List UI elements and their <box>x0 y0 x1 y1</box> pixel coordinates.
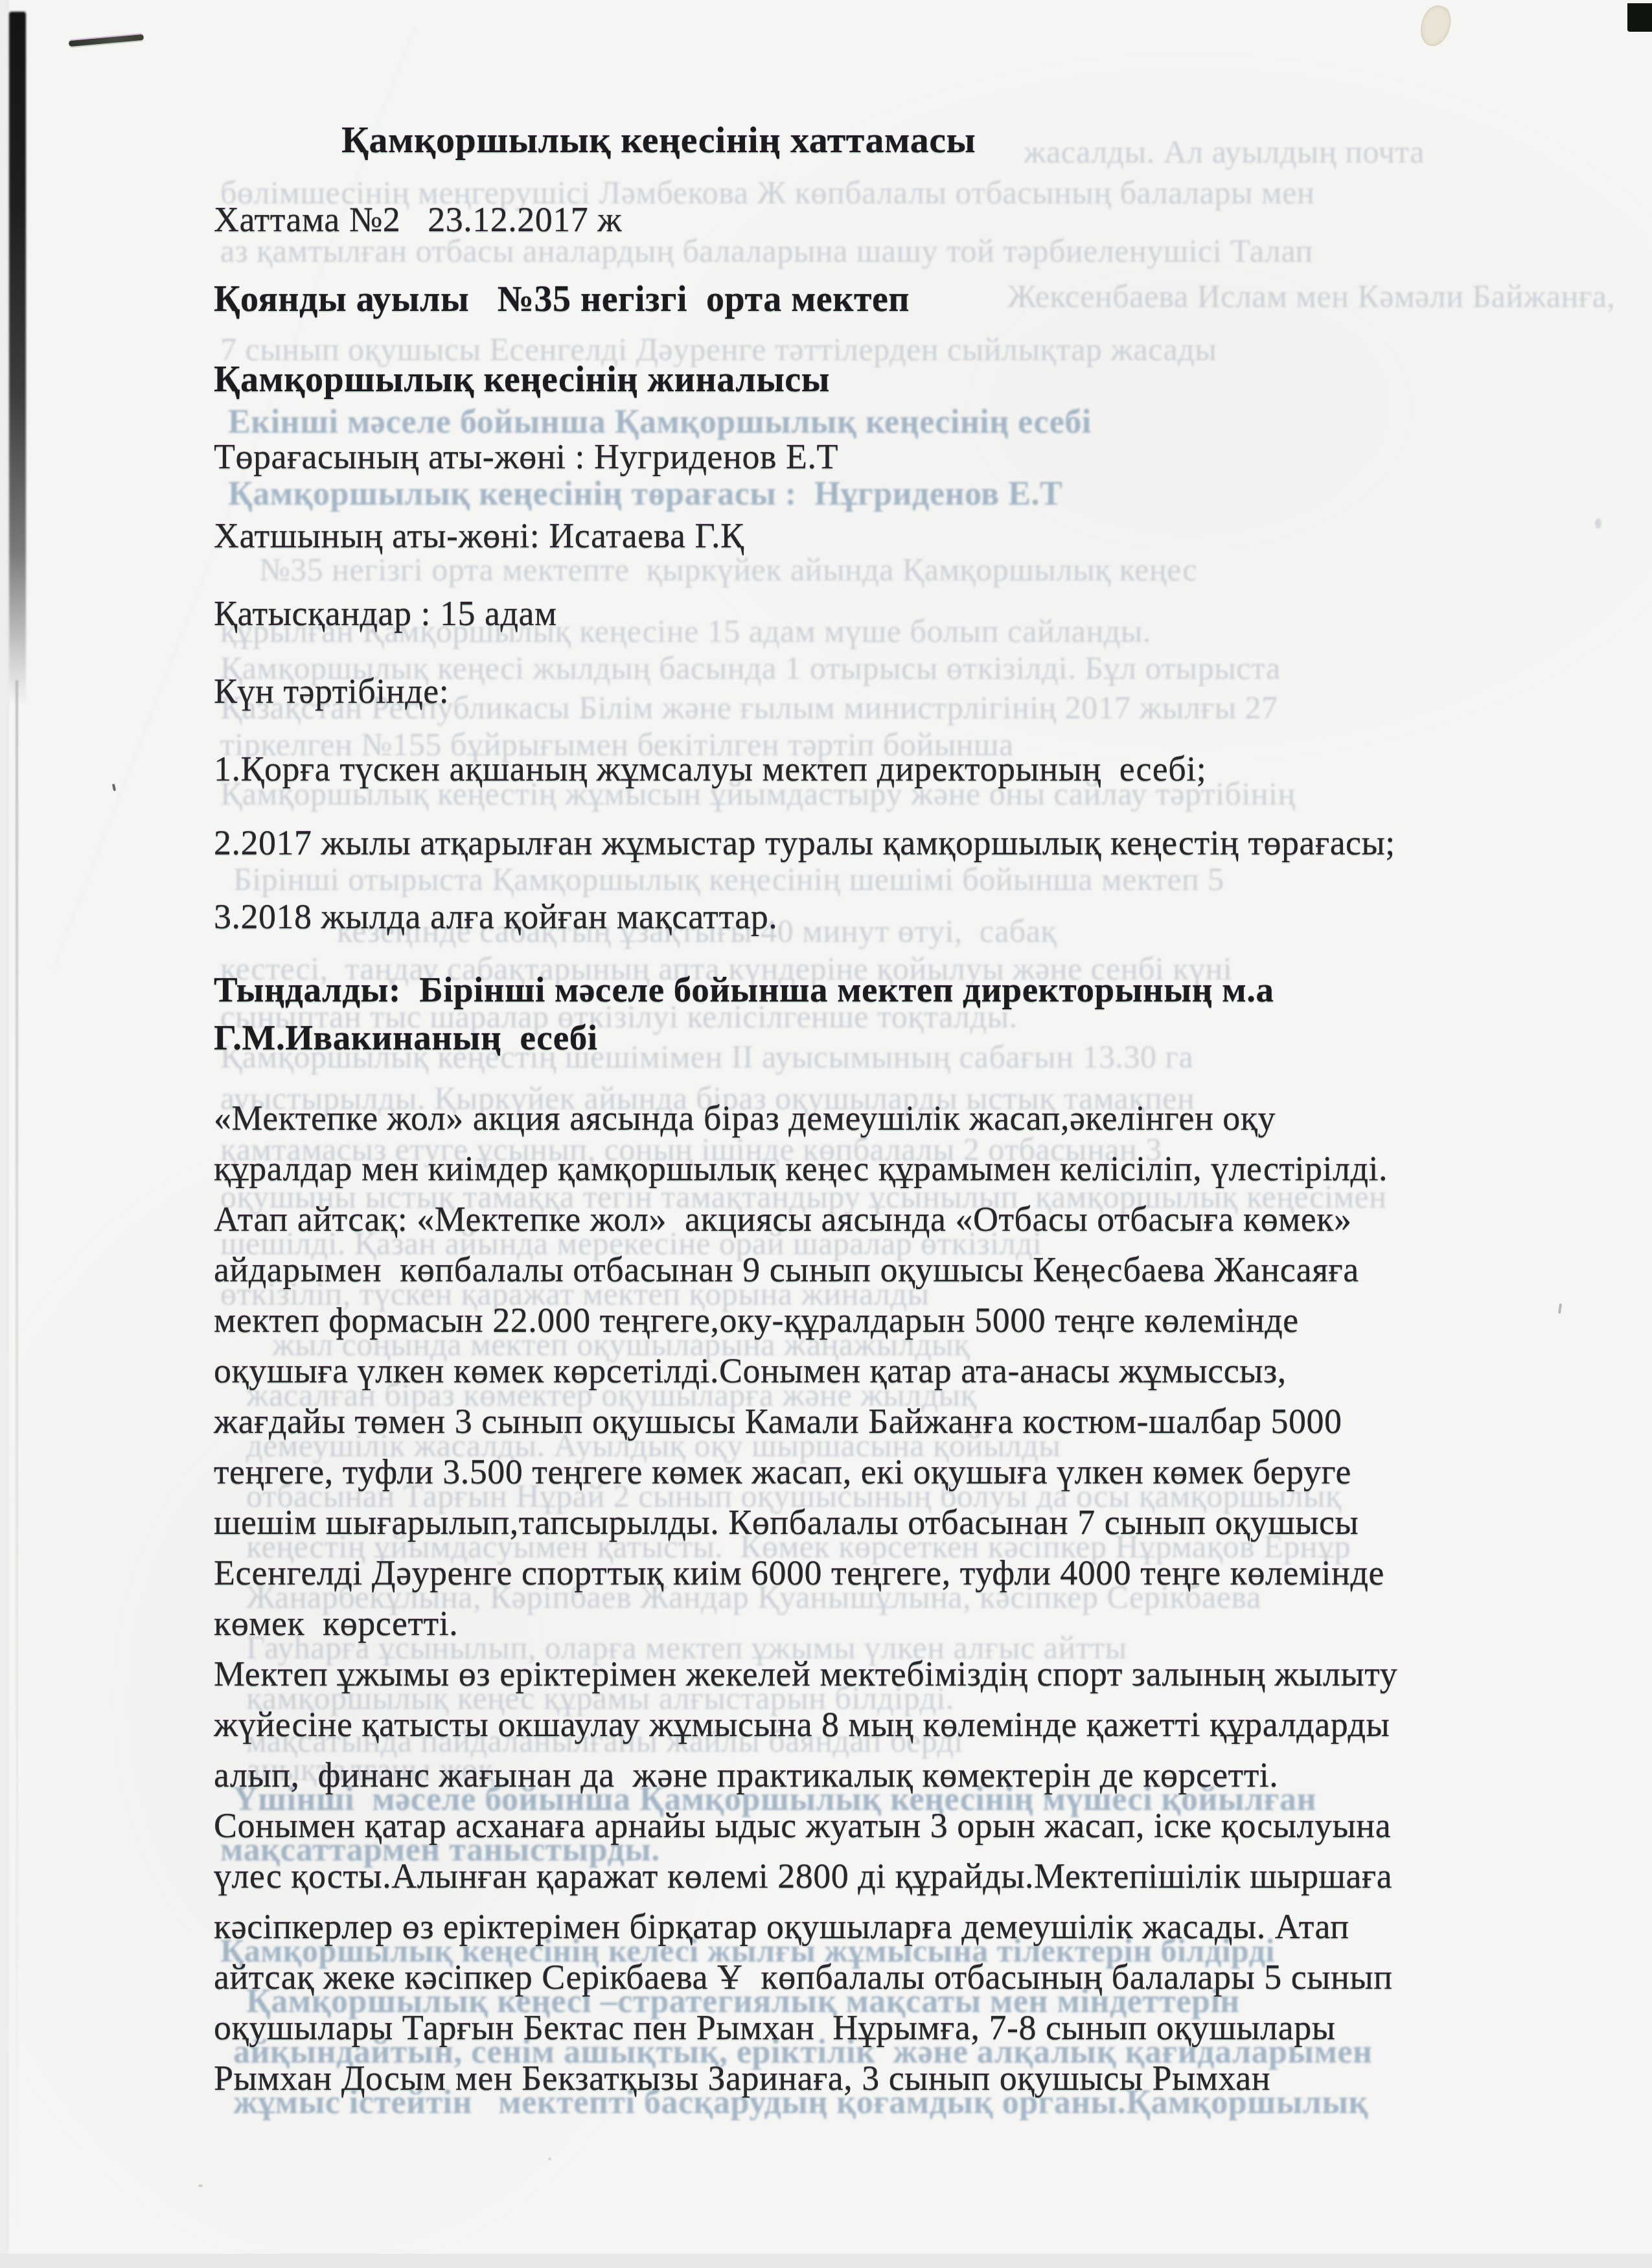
bleed-text-line: жасалды. Ал ауылдың почта <box>1024 133 1425 170</box>
scan-bottom-edge <box>0 2254 1652 2268</box>
text-line: Мектеп ұжымы өз еріктерімен жекелей мект… <box>214 1654 1397 1694</box>
text-line: Қамқоршылық кеңесінің жиналысы <box>214 359 830 400</box>
text-line: үлес қосты.Алынған қаражат көлемі 2800 д… <box>214 1856 1392 1896</box>
bleed-text-line: Бірінші отырыста Қамқоршылық кеңесінің ш… <box>233 860 1224 898</box>
dust-speck <box>548 2157 551 2160</box>
text-line: Төрағасының аты-жөні : Нугриденов Е.Т <box>214 437 838 477</box>
text-line: 2.2017 жылы атқарылған жұмыстар туралы қ… <box>214 823 1395 863</box>
text-line: мектеп формасын 22.000 теңгеге,оку-құрал… <box>214 1300 1299 1340</box>
paper-edge-line <box>16 680 18 2235</box>
correction-fluid-mark <box>1417 3 1454 50</box>
text-line: кәсіпкерлер өз еріктерімен бірқатар оқуш… <box>214 1907 1349 1947</box>
text-line: Хатшының аты-жөні: Исатаева Г.Қ <box>214 516 744 556</box>
text-line: оқушылары Тарғын Бектас пен Рымхан Нұрым… <box>214 2008 1336 2048</box>
bleed-text-line: №35 негізгі орта мектепте қыркүйек айынд… <box>259 551 1197 588</box>
text-line: жүйесіне қатысты окшаулау жұмысына 8 мың… <box>214 1704 1390 1745</box>
text-line: 1.Қорға түскен ақшаның жұмсалуы мектеп д… <box>214 749 1206 789</box>
text-line: оқушыға үлкен көмек көрсетілді.Сонымен қ… <box>214 1351 1287 1391</box>
paper-left-margin <box>0 0 9 2268</box>
bleed-text-line: Жексенбаева Ислам мен Кәмәли Байжанға, <box>1007 277 1615 315</box>
text-line: Рымхан Досым мен Бекзатқызы Заринаға, 3 … <box>214 2058 1270 2098</box>
bleed-text-line: Қамқоршылық кеңесінің төрағасы : Нұгриде… <box>228 475 1062 513</box>
text-line: шешім шығарылып,тапсырылды. Көпбалалы от… <box>214 1502 1359 1542</box>
text-line: Қатысқандар : 15 адам <box>214 593 557 634</box>
text-line: Есенгелді Дәуренге спорттық киім 6000 те… <box>214 1553 1384 1593</box>
text-line: Атап айтсақ: «Мектепке жол» акциясы аясы… <box>214 1199 1352 1239</box>
screenshot-root: { "colors":{ "paper":"#f5f5f3","ink":"#2… <box>0 0 1652 2268</box>
staple-mark <box>69 34 144 47</box>
text-line: алып, финанс жағынан да және практикалық… <box>214 1755 1278 1795</box>
ink-speck <box>1595 518 1601 529</box>
text-line: Хаттама №2 23.12.2017 ж <box>214 200 622 240</box>
text-line: теңгеге, туфли 3.500 теңгеге көмек жасап… <box>214 1452 1351 1492</box>
text-line: айдарымен көпбалалы отбасынан 9 сынып оқ… <box>214 1250 1359 1290</box>
text-line: «Мектепке жол» акция аясында біраз демеу… <box>214 1098 1276 1138</box>
document-title: Қамқоршылық кеңесінің хаттамасы <box>341 119 976 162</box>
bleed-text-line: Екінші мәселе бойынша Қамқоршылық кеңесі… <box>228 403 1092 441</box>
text-line: құралдар мен киімдер қамқоршылық кеңес қ… <box>214 1149 1388 1189</box>
text-line: Қоянды ауылы №35 негізгі орта мектеп <box>214 279 910 320</box>
text-line: Г.М.Ивакинаның есебі <box>214 1017 597 1058</box>
ink-speck <box>112 784 116 792</box>
text-line: Сонымен қатар асханаға арнайы ыдыс жуаты… <box>214 1805 1391 1846</box>
text-line: көмек көрсетті. <box>214 1603 458 1644</box>
text-line: Күн тәртібінде: <box>214 671 449 711</box>
corner-scan-artifact <box>1627 3 1652 32</box>
text-line: 3.2018 жылда алға қойған мақсаттар. <box>214 897 777 937</box>
text-line: жағдайы төмен 3 сынып оқушысы Камали Бай… <box>214 1401 1342 1441</box>
scanned-document-page: жасалды. Ал ауылдың почтабөлімшесінің ме… <box>0 0 1652 2268</box>
ink-speck <box>1558 1303 1562 1314</box>
scan-edge-shadow <box>9 12 26 705</box>
dust-speck <box>198 2184 203 2187</box>
text-line: айтсақ жеке кәсіпкер Серікбаева Ұ көпбал… <box>214 1957 1393 1997</box>
text-line: Тыңдалды: Бірінші мәселе бойынша мектеп … <box>214 969 1274 1010</box>
